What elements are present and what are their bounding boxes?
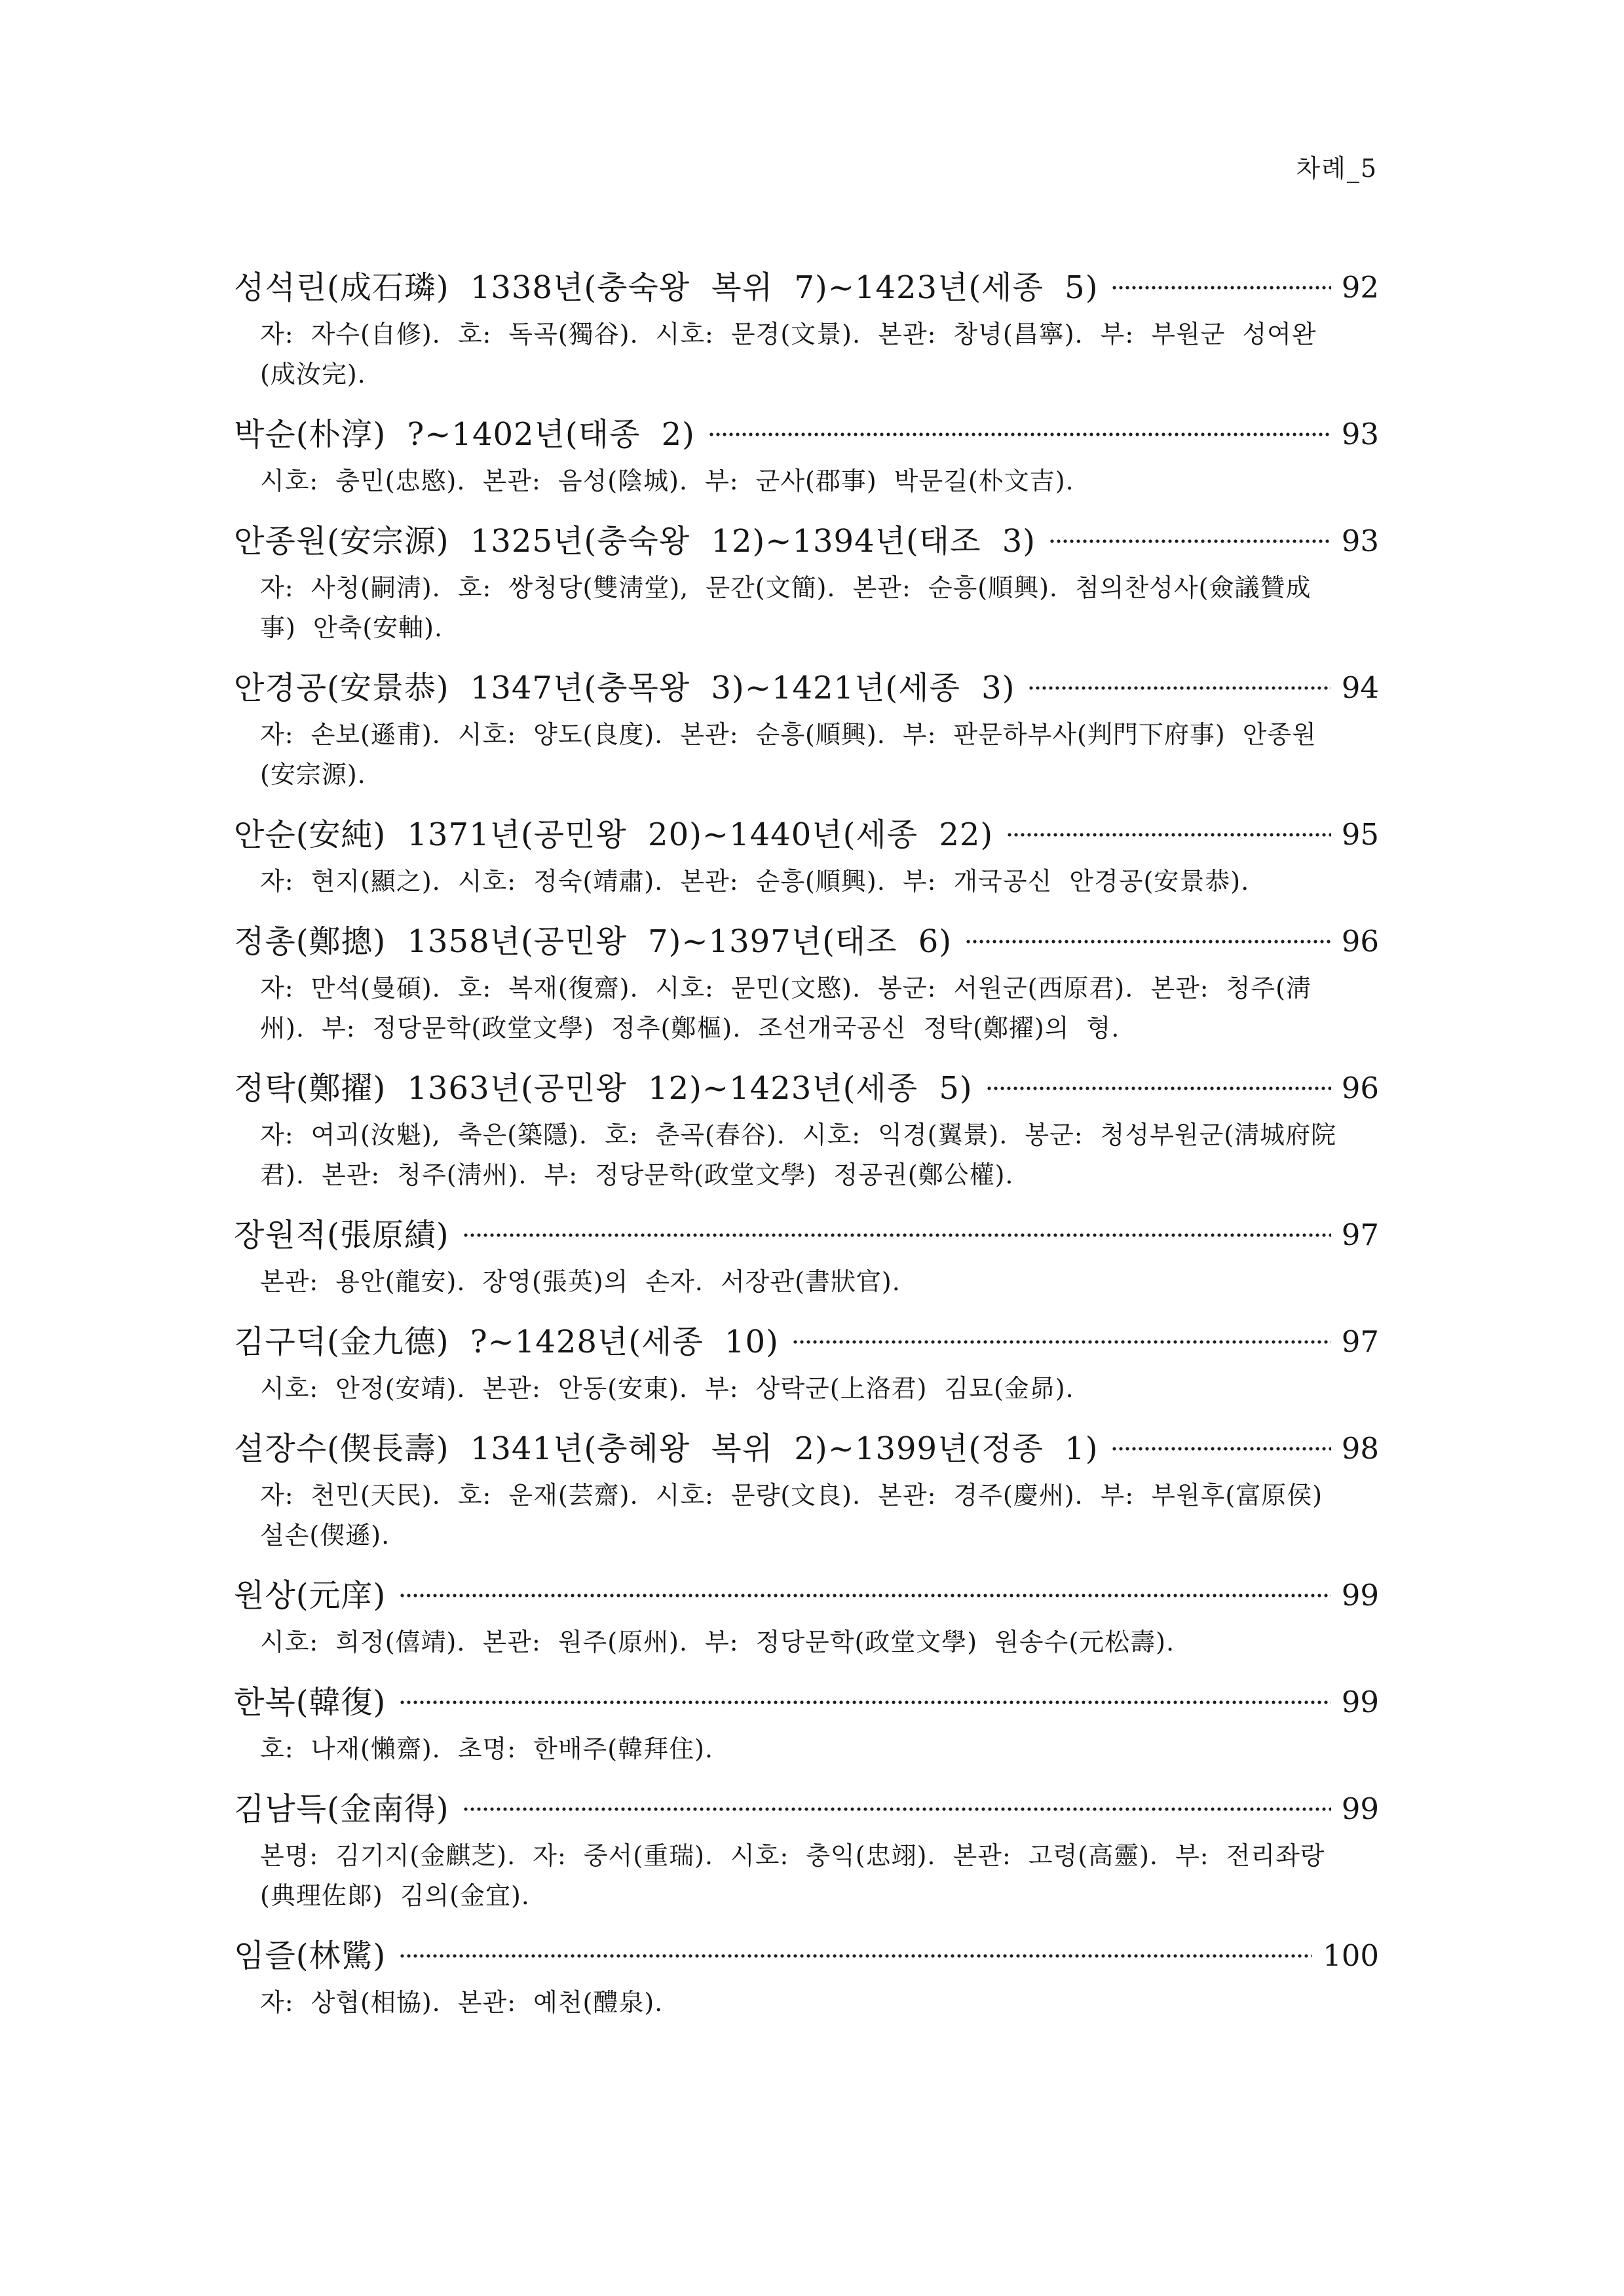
toc-entry: 안종원(安宗源) 1325년(충숙왕 12)~1394년(태조 3) 93 자:… [234, 514, 1379, 648]
toc-entry: 임즐(林騭) 100 자: 상협(相協). 본관: 예천(醴泉). [234, 1929, 1379, 2023]
dot-leader [1028, 661, 1331, 715]
dot-leader [708, 408, 1331, 461]
entry-title: 한복(韓復) [234, 1675, 386, 1729]
entry-details: 본명: 김기지(金麒芝). 자: 중서(重瑞). 시호: 충익(忠翊). 본관:… [234, 1836, 1379, 1916]
dot-leader [1111, 1422, 1331, 1476]
entry-title-row: 장원적(張原績) 97 [234, 1208, 1379, 1262]
entry-title: 안종원(安宗源) 1325년(충숙왕 12)~1394년(태조 3) [234, 514, 1036, 568]
entry-title-row: 설장수(偰長壽) 1341년(충혜왕 복위 2)~1399년(정종 1) 98 [234, 1422, 1379, 1476]
toc-page: 차례_5 성석린(成石璘) 1338년(충숙왕 복위 7)~1423년(세종 5… [0, 0, 1624, 2296]
toc-entry: 박순(朴淳) ?~1402년(태종 2) 93 시호: 충민(忠愍). 본관: … [234, 408, 1379, 501]
detail-line: (典理佐郞) 김의(金宜). [260, 1876, 1379, 1916]
dot-leader [1006, 808, 1331, 862]
entry-title-row: 박순(朴淳) ?~1402년(태종 2) 93 [234, 408, 1379, 461]
detail-line: 시호: 충민(忠愍). 본관: 음성(陰城). 부: 군사(郡事) 박문길(朴文… [260, 461, 1379, 501]
toc-entry: 한복(韓復) 99 호: 나재(懶齋). 초명: 한배주(韓拜住). [234, 1675, 1379, 1769]
detail-line: 시호: 안정(安靖). 본관: 안동(安東). 부: 상락군(上洛君) 김묘(金… [260, 1369, 1379, 1409]
dot-leader [399, 1675, 1331, 1729]
entry-details: 자: 천민(天民). 호: 운재(芸齋). 시호: 문량(文良). 본관: 경주… [234, 1476, 1379, 1556]
dot-leader [399, 1929, 1312, 1983]
entry-details: 자: 사청(嗣淸). 호: 쌍청당(雙淸堂), 문간(文簡). 본관: 순흥(順… [234, 568, 1379, 648]
entry-details: 자: 만석(曼碩). 호: 복재(復齋). 시호: 문민(文愍). 봉군: 서원… [234, 968, 1379, 1048]
page-number: 100 [1323, 1929, 1379, 1983]
toc-entry: 안순(安純) 1371년(공민왕 20)~1440년(세종 22) 95 자: … [234, 808, 1379, 902]
dot-leader [965, 915, 1331, 968]
page-number: 97 [1342, 1208, 1379, 1262]
dot-leader [1049, 514, 1331, 568]
page-number: 99 [1342, 1782, 1379, 1836]
toc-entry: 성석린(成石璘) 1338년(충숙왕 복위 7)~1423년(세종 5) 92 … [234, 261, 1379, 394]
entry-title: 성석린(成石璘) 1338년(충숙왕 복위 7)~1423년(세종 5) [234, 261, 1098, 315]
detail-line: (安宗源). [260, 755, 1379, 795]
entry-details: 자: 자수(自修). 호: 독곡(獨谷). 시호: 문경(文景). 본관: 창녕… [234, 315, 1379, 394]
page-number: 93 [1342, 514, 1379, 568]
detail-line: 州). 부: 정당문학(政堂文學) 정추(鄭樞). 조선개국공신 정탁(鄭擢)의… [260, 1008, 1379, 1048]
detail-line: 事) 안축(安軸). [260, 608, 1379, 648]
page-number: 97 [1342, 1315, 1379, 1369]
page-number: 99 [1342, 1569, 1379, 1622]
detail-line: 호: 나재(懶齋). 초명: 한배주(韓拜住). [260, 1729, 1379, 1769]
entry-details: 자: 현지(顯之). 시호: 정숙(靖肅). 본관: 순흥(順興). 부: 개국… [234, 862, 1379, 902]
detail-line: 자: 사청(嗣淸). 호: 쌍청당(雙淸堂), 문간(文簡). 본관: 순흥(順… [260, 568, 1379, 608]
page-number: 94 [1342, 661, 1379, 715]
toc-entry: 정총(鄭摠) 1358년(공민왕 7)~1397년(태조 6) 96 자: 만석… [234, 915, 1379, 1048]
entry-details: 시호: 충민(忠愍). 본관: 음성(陰城). 부: 군사(郡事) 박문길(朴文… [234, 461, 1379, 501]
detail-line: 자: 상협(相協). 본관: 예천(醴泉). [260, 1983, 1379, 2023]
entry-title-row: 정탁(鄭擢) 1363년(공민왕 12)~1423년(세종 5) 96 [234, 1062, 1379, 1115]
entry-title-row: 안경공(安景恭) 1347년(충목왕 3)~1421년(세종 3) 94 [234, 661, 1379, 715]
entry-title: 임즐(林騭) [234, 1929, 386, 1983]
toc-entry: 안경공(安景恭) 1347년(충목왕 3)~1421년(세종 3) 94 자: … [234, 661, 1379, 795]
detail-line: (成汝完). [260, 354, 1379, 394]
entry-title: 정탁(鄭擢) 1363년(공민왕 12)~1423년(세종 5) [234, 1062, 973, 1115]
dot-leader [986, 1062, 1331, 1115]
page-number: 99 [1342, 1675, 1379, 1729]
entry-title-row: 김남득(金南得) 99 [234, 1782, 1379, 1836]
entry-title: 장원적(張原績) [234, 1208, 449, 1262]
entry-title: 김구덕(金九德) ?~1428년(세종 10) [234, 1315, 779, 1369]
entry-title-row: 원상(元庠) 99 [234, 1569, 1379, 1622]
entry-details: 자: 여괴(汝魁), 축은(築隱). 호: 춘곡(春谷). 시호: 익경(翼景)… [234, 1115, 1379, 1195]
page-number: 92 [1342, 261, 1379, 315]
detail-line: 자: 자수(自修). 호: 독곡(獨谷). 시호: 문경(文景). 본관: 창녕… [260, 315, 1379, 354]
dot-leader [399, 1569, 1331, 1622]
entry-title: 안순(安純) 1371년(공민왕 20)~1440년(세종 22) [234, 808, 993, 862]
entry-title-row: 안순(安純) 1371년(공민왕 20)~1440년(세종 22) 95 [234, 808, 1379, 862]
page-number: 93 [1342, 408, 1379, 461]
detail-line: 본명: 김기지(金麒芝). 자: 중서(重瑞). 시호: 충익(忠翊). 본관:… [260, 1836, 1379, 1876]
entry-title-row: 김구덕(金九德) ?~1428년(세종 10) 97 [234, 1315, 1379, 1369]
dot-leader [1111, 261, 1331, 315]
toc-list: 성석린(成石璘) 1338년(충숙왕 복위 7)~1423년(세종 5) 92 … [234, 261, 1379, 2036]
entry-title: 원상(元庠) [234, 1569, 386, 1622]
entry-title: 박순(朴淳) ?~1402년(태종 2) [234, 408, 695, 461]
toc-entry: 설장수(偰長壽) 1341년(충혜왕 복위 2)~1399년(정종 1) 98 … [234, 1422, 1379, 1556]
entry-details: 본관: 용안(龍安). 장영(張英)의 손자. 서장관(書狀官). [234, 1262, 1379, 1302]
entry-title: 김남득(金南得) [234, 1782, 449, 1836]
dot-leader [463, 1208, 1331, 1262]
page-header: 차례_5 [1296, 148, 1378, 184]
detail-line: 설손(偰遜). [260, 1516, 1379, 1556]
entry-title-row: 임즐(林騭) 100 [234, 1929, 1379, 1983]
toc-entry: 김구덕(金九德) ?~1428년(세종 10) 97 시호: 안정(安靖). 본… [234, 1315, 1379, 1409]
entry-title: 정총(鄭摠) 1358년(공민왕 7)~1397년(태조 6) [234, 915, 952, 968]
entry-details: 호: 나재(懶齋). 초명: 한배주(韓拜住). [234, 1729, 1379, 1769]
detail-line: 자: 만석(曼碩). 호: 복재(復齋). 시호: 문민(文愍). 봉군: 서원… [260, 968, 1379, 1008]
page-number: 95 [1342, 808, 1379, 862]
detail-line: 자: 현지(顯之). 시호: 정숙(靖肅). 본관: 순흥(順興). 부: 개국… [260, 862, 1379, 902]
toc-entry: 정탁(鄭擢) 1363년(공민왕 12)~1423년(세종 5) 96 자: 여… [234, 1062, 1379, 1195]
toc-entry: 원상(元庠) 99 시호: 희정(僖靖). 본관: 원주(原州). 부: 정당문… [234, 1569, 1379, 1662]
entry-details: 시호: 희정(僖靖). 본관: 원주(原州). 부: 정당문학(政堂文學) 원송… [234, 1622, 1379, 1662]
detail-line: 본관: 용안(龍安). 장영(張英)의 손자. 서장관(書狀官). [260, 1262, 1379, 1302]
detail-line: 자: 천민(天民). 호: 운재(芸齋). 시호: 문량(文良). 본관: 경주… [260, 1476, 1379, 1516]
toc-entry: 장원적(張原績) 97 본관: 용안(龍安). 장영(張英)의 손자. 서장관(… [234, 1208, 1379, 1302]
page-number: 96 [1342, 915, 1379, 968]
entry-title-row: 정총(鄭摠) 1358년(공민왕 7)~1397년(태조 6) 96 [234, 915, 1379, 968]
page-number: 96 [1342, 1062, 1379, 1115]
entry-title: 안경공(安景恭) 1347년(충목왕 3)~1421년(세종 3) [234, 661, 1015, 715]
detail-line: 자: 손보(遜甫). 시호: 양도(良度). 본관: 순흥(順興). 부: 판문… [260, 715, 1379, 755]
toc-entry: 김남득(金南得) 99 본명: 김기지(金麒芝). 자: 중서(重瑞). 시호:… [234, 1782, 1379, 1916]
page-number: 98 [1342, 1422, 1379, 1476]
entry-title-row: 한복(韓復) 99 [234, 1675, 1379, 1729]
detail-line: 君). 본관: 청주(淸州). 부: 정당문학(政堂文學) 정공권(鄭公權). [260, 1155, 1379, 1195]
detail-line: 자: 여괴(汝魁), 축은(築隱). 호: 춘곡(春谷). 시호: 익경(翼景)… [260, 1115, 1379, 1155]
detail-line: 시호: 희정(僖靖). 본관: 원주(原州). 부: 정당문학(政堂文學) 원송… [260, 1622, 1379, 1662]
entry-details: 자: 손보(遜甫). 시호: 양도(良度). 본관: 순흥(順興). 부: 판문… [234, 715, 1379, 795]
dot-leader [792, 1315, 1331, 1369]
entry-title: 설장수(偰長壽) 1341년(충혜왕 복위 2)~1399년(정종 1) [234, 1422, 1098, 1476]
dot-leader [463, 1782, 1331, 1836]
entry-title-row: 성석린(成石璘) 1338년(충숙왕 복위 7)~1423년(세종 5) 92 [234, 261, 1379, 315]
entry-title-row: 안종원(安宗源) 1325년(충숙왕 12)~1394년(태조 3) 93 [234, 514, 1379, 568]
entry-details: 시호: 안정(安靖). 본관: 안동(安東). 부: 상락군(上洛君) 김묘(金… [234, 1369, 1379, 1409]
entry-details: 자: 상협(相協). 본관: 예천(醴泉). [234, 1983, 1379, 2023]
